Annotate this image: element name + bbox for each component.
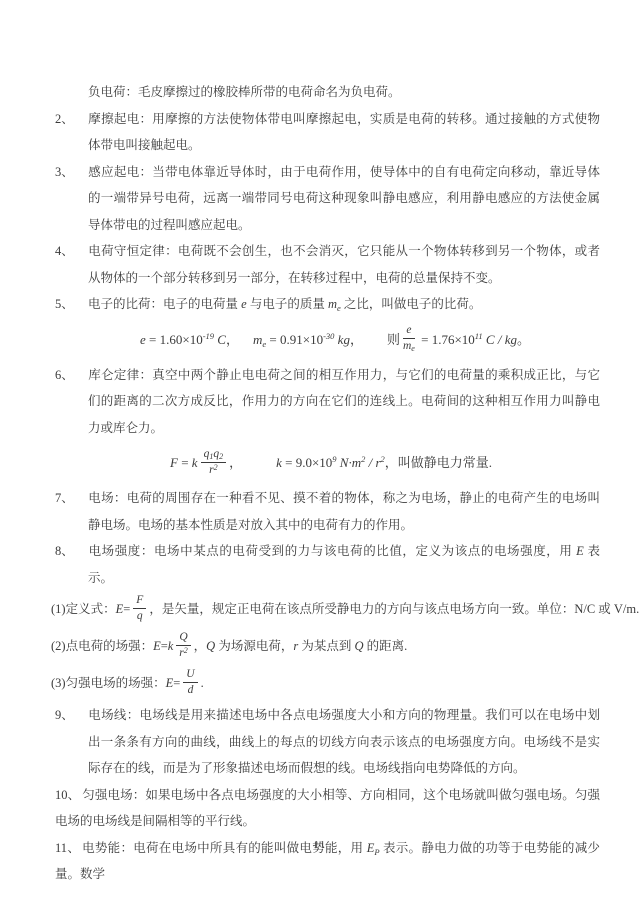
math-superscript: 2: [381, 454, 385, 464]
math-var: F: [136, 594, 143, 606]
text-run: 库仑定律：真空中两个静止电电荷之间的相互作用力，与它们的电荷量的乘积成正比，与它…: [88, 368, 600, 435]
fraction: Ud: [183, 668, 197, 697]
text-run: ，: [350, 332, 363, 347]
fraction: eme: [403, 324, 415, 353]
text-run: 之比，叫做电子的比荷。: [341, 297, 482, 311]
math-superscript: 2: [184, 646, 188, 655]
math-var: F: [170, 455, 178, 470]
math-var: q: [137, 610, 143, 622]
formula-coulomb-law: F = kq1q2r2，k = 9.0×109 N·m2 / r2，叫做静电力常…: [55, 447, 600, 479]
item-text: 电场强度：电场中某点的电荷受到的力与该电荷的比值，定义为该点的电场强度，用 E …: [88, 544, 600, 585]
text-run: (1)定义式：: [51, 602, 116, 616]
text-run: 负电荷：毛皮摩擦过的橡胶棒所带的电荷命名为负电荷。: [88, 85, 401, 99]
math-superscript: -30: [323, 331, 334, 341]
item-number: 8、: [55, 538, 88, 565]
formula-charge-mass-ratio: e = 1.60×10-19 C，me = 0.91×10-30 kg，则eme…: [55, 324, 600, 356]
item-text: 感应起电：当带电体靠近导体时，由于电荷作用，使导体中的自有电荷定向移动，靠近导体…: [88, 165, 600, 232]
fraction-numerator: U: [183, 668, 197, 683]
spacer: [239, 343, 253, 344]
text-run: = 0.91×10: [266, 332, 323, 347]
text-run: =: [161, 639, 168, 653]
fraction-denominator: r2: [201, 463, 227, 477]
math-var: d: [188, 684, 194, 696]
item-text: 电子的比荷：电子的电荷量 e 与电子的质量 me 之比，叫做电子的比荷。: [88, 297, 481, 311]
page-content: 负电荷：毛皮摩擦过的橡胶棒所带的电荷命名为负电荷。 2、摩擦起电：用摩擦的方法使…: [55, 79, 600, 888]
paragraph-item-10: 10、匀强电场：如果电场中各点电场强度的大小相等、方向相同，这个电场就叫做匀强电…: [55, 782, 600, 835]
fraction-numerator: Q: [176, 631, 190, 646]
subitem-point-charge-field: (2)点电荷的场强：E=kQr2，Q 为场源电荷，r 为某点到 Q 的距离.: [51, 628, 600, 665]
math-var: m: [328, 297, 337, 311]
math-subscript: 1: [209, 452, 213, 461]
text-run: 电场：电荷的周围存在一种看不见、摸不着的物体，称之为电场，静止的电荷产生的电场叫…: [88, 491, 600, 532]
paragraph-item-6: 6、库仑定律：真空中两个静止电电荷之间的相互作用力，与它们的电荷量的乘积成正比，…: [55, 362, 600, 442]
item-text: 电场：电荷的周围存在一种看不见、摸不着的物体，称之为电场，静止的电荷产生的电场叫…: [88, 491, 600, 532]
text-run: 电场线：电场线是用来描述电场中各点电场强度大小和方向的物理量。我们可以在电场中划…: [88, 708, 600, 775]
math-var: m: [253, 332, 262, 347]
item-text: 电荷守恒定律：电荷既不会创生，也不会消灭，它只能从一个物体转移到另一个物体，或者…: [88, 244, 600, 285]
text-run: ，: [226, 332, 239, 347]
text-run: (2)点电荷的场强：: [51, 639, 153, 653]
math-superscript: 9: [332, 454, 336, 464]
text-run: 则: [387, 332, 400, 347]
text-run: 与电子的质量: [247, 297, 328, 311]
paragraph-item1-continuation: 负电荷：毛皮摩擦过的橡胶棒所带的电荷命名为负电荷。: [55, 79, 600, 106]
text-run: = 1.60×10: [146, 332, 203, 347]
fraction-numerator: e: [403, 324, 415, 339]
paragraph-item-4: 4、电荷守恒定律：电荷既不会创生，也不会消灭，它只能从一个物体转移到另一个物体，…: [55, 238, 600, 291]
math-subscript: e: [411, 344, 415, 353]
fraction-denominator: d: [183, 683, 197, 697]
text-run: 电子的比荷：电子的电荷量: [88, 297, 241, 311]
item-number: 7、: [55, 485, 88, 512]
math-superscript: -19: [203, 331, 214, 341]
fraction: q1q2r2: [201, 448, 227, 477]
item-number: 6、: [55, 362, 88, 389]
fraction-denominator: r2: [176, 646, 190, 660]
item-text: 库仑定律：真空中两个静止电电荷之间的相互作用力，与它们的电荷量的乘积成正比，与它…: [88, 368, 600, 435]
subitem-uniform-field-formula: (3)匀强电场的场强：E=Ud.: [51, 665, 600, 702]
text-run: (3)匀强电场的场强：: [51, 676, 166, 690]
math-var: e: [406, 324, 411, 336]
text-run: ，: [229, 455, 242, 470]
text-run: 的距离.: [364, 639, 408, 653]
paragraph-item-7: 7、电场：电荷的周围存在一种看不见、摸不着的物体，称之为电场，静止的电荷产生的电…: [55, 485, 600, 538]
math-var: N·m: [337, 455, 362, 470]
math-superscript: 2: [361, 454, 365, 464]
subitem-definition-formula: (1)定义式：E=Fq，是矢量，规定正电荷在该点所受静电力的方向与该点电场方向一…: [51, 591, 600, 628]
item-number: 2、: [55, 106, 88, 133]
paragraph-item-9: 9、电场线：电场线是用来描述电场中各点电场强度大小和方向的物理量。我们可以在电场…: [55, 702, 600, 782]
math-var: Q: [179, 631, 187, 643]
text-run: 感应起电：当带电体靠近导体时，由于电荷作用，使导体中的自有电荷定向移动，靠近导体…: [88, 165, 600, 232]
fraction-numerator: F: [133, 594, 146, 609]
item-number: 4、: [55, 238, 88, 265]
text-run: .: [201, 676, 204, 690]
text-run: 电场强度：电场中某点的电荷受到的力与该电荷的比值，定义为该点的电场强度，用: [88, 544, 576, 558]
math-var: k: [192, 455, 198, 470]
math-subscript: e: [337, 303, 341, 313]
item-number: 5、: [55, 291, 88, 318]
text-run: 摩擦起电：用摩擦的方法使物体带电叫摩擦起电，实质是电荷的转移。通过接触的方式使物…: [88, 112, 600, 153]
math-var: / r: [365, 455, 380, 470]
item-text: 电场线：电场线是用来描述电场中各点电场强度大小和方向的物理量。我们可以在电场中划…: [88, 708, 600, 775]
math-var: Q: [206, 639, 215, 653]
text-run: ，是矢量，规定正电荷在该点所受静电力的方向与该点电场方向一致。单位：N/C 或 …: [149, 602, 639, 616]
text-run: = 1.76×10: [418, 332, 475, 347]
page-number: 11: [0, 839, 640, 851]
text-run: 为某点到: [298, 639, 354, 653]
text-run: =: [178, 455, 192, 470]
math-var: k: [168, 639, 174, 653]
paragraph-item-2: 2、摩擦起电：用摩擦的方法使物体带电叫摩擦起电，实质是电荷的转移。通过接触的方式…: [55, 106, 600, 159]
text-run: ，叫做静电力常量.: [385, 455, 492, 470]
spacer: [242, 466, 276, 467]
math-var: E: [576, 544, 584, 558]
fraction: Qr2: [176, 631, 190, 660]
math-var: kg: [334, 332, 350, 347]
fraction-denominator: q: [133, 609, 146, 623]
text-run: 电荷守恒定律：电荷既不会创生，也不会消灭，它只能从一个物体转移到另一个物体，或者…: [88, 244, 600, 285]
item-number: 10、: [55, 788, 80, 802]
math-var: r: [209, 464, 213, 476]
document-page: 负电荷：毛皮摩擦过的橡胶棒所带的电荷命名为负电荷。 2、摩擦起电：用摩擦的方法使…: [0, 0, 640, 905]
item-text: 摩擦起电：用摩擦的方法使物体带电叫摩擦起电，实质是电荷的转移。通过接触的方式使物…: [88, 112, 600, 153]
paragraph-item-3: 3、感应起电：当带电体靠近导体时，由于电荷作用，使导体中的自有电荷定向移动，靠近…: [55, 159, 600, 239]
math-var: C: [214, 332, 226, 347]
text-run: ，: [194, 639, 207, 653]
text-run: 。: [517, 332, 530, 347]
text-run: 匀强电场：如果电场中各点电场强度的大小相等、方向相同，这个电场就叫做匀强电场。匀…: [55, 788, 600, 829]
item-number: 3、: [55, 159, 88, 186]
paragraph-item-5: 5、电子的比荷：电子的电荷量 e 与电子的质量 me 之比，叫做电子的比荷。: [55, 291, 600, 318]
math-subscript: 2: [219, 452, 223, 461]
math-var: U: [186, 668, 194, 680]
paragraph-item-8: 8、电场强度：电场中某点的电荷受到的力与该电荷的比值，定义为该点的电场强度，用 …: [55, 538, 600, 591]
math-var: C / kg: [483, 332, 517, 347]
fraction-denominator: me: [403, 339, 415, 353]
text-run: =: [173, 676, 180, 690]
item-text: 匀强电场：如果电场中各点电场强度的大小相等、方向相同，这个电场就叫做匀强电场。匀…: [55, 788, 600, 829]
math-superscript: 2: [214, 463, 218, 472]
math-var: E: [153, 639, 161, 653]
text-run: =: [123, 602, 130, 616]
text-run: = 9.0×10: [282, 455, 332, 470]
fraction-numerator: q1q2: [201, 448, 227, 463]
math-var: Q: [354, 639, 363, 653]
math-subscript: e: [262, 339, 266, 349]
item-number: 9、: [55, 702, 88, 729]
spacer: [363, 343, 387, 344]
fraction: Fq: [133, 594, 146, 623]
math-superscript: 11: [475, 331, 483, 341]
text-run: 为场源电荷，: [215, 639, 293, 653]
